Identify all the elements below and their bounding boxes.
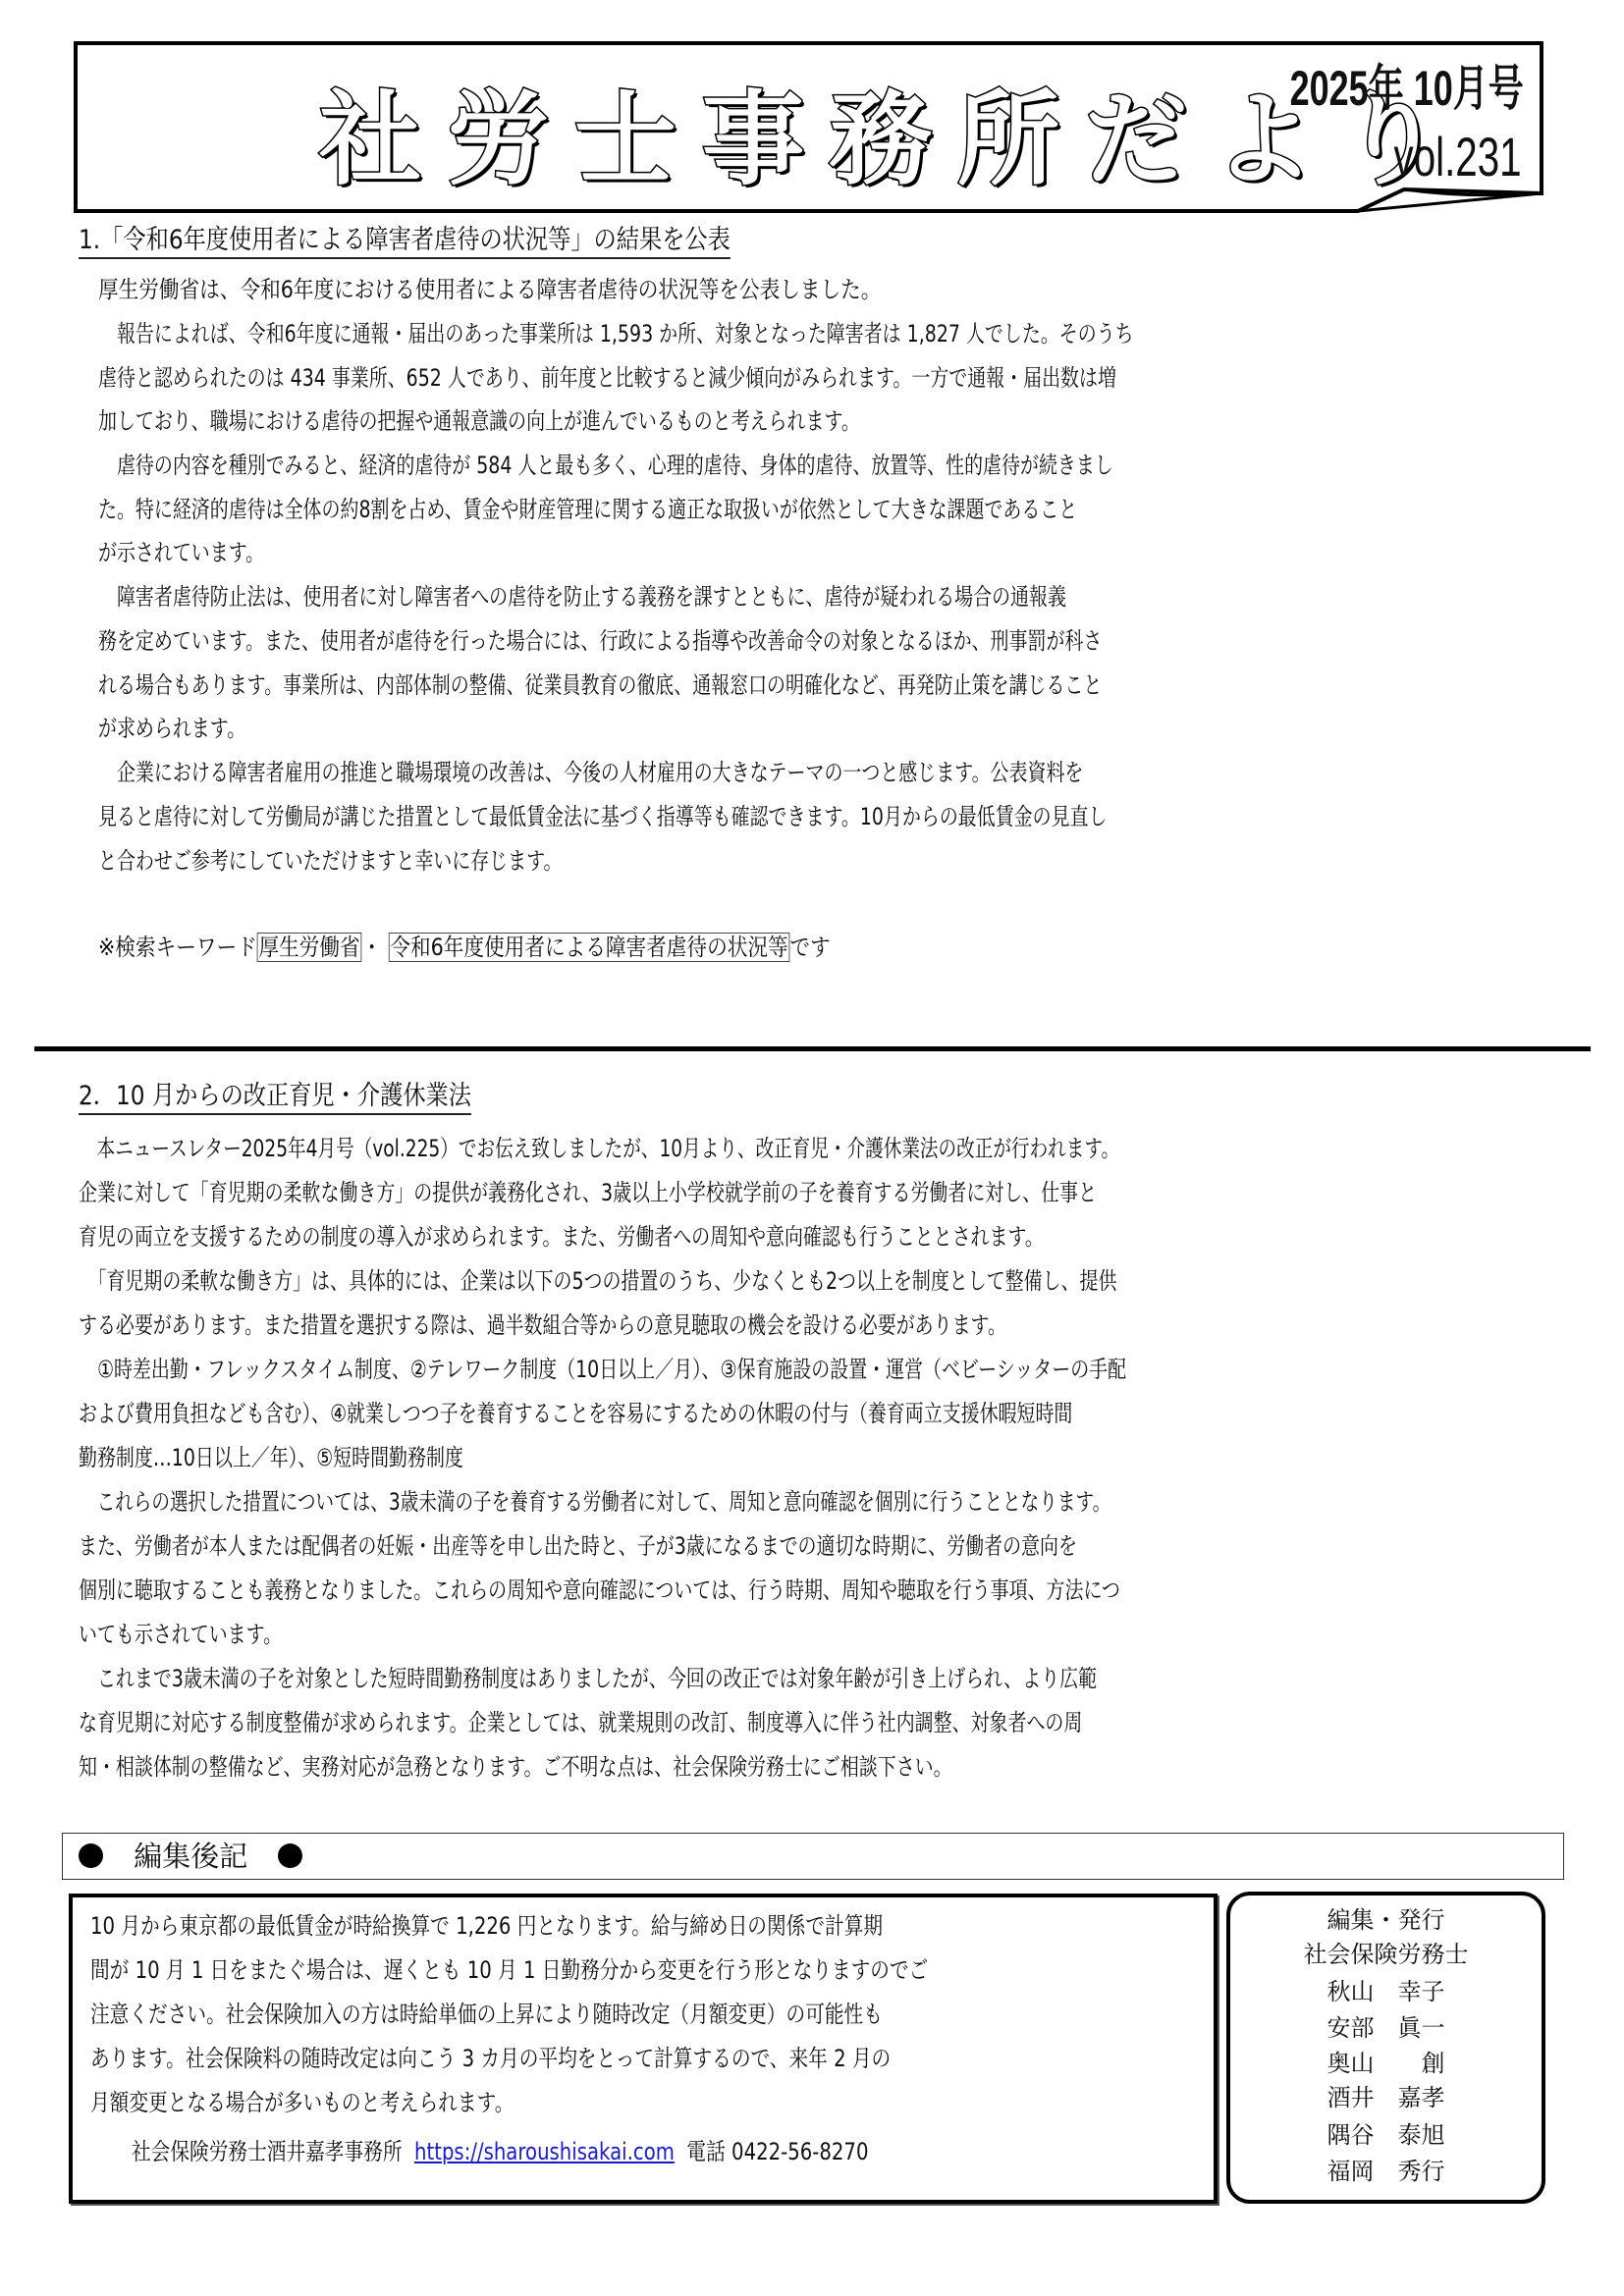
- section1-line: れる場合もあります。事業所は、内部体制の整備、従業員教育の徹底、通報窓口の明確化…: [98, 670, 1102, 700]
- postscript-title: 編集後記: [134, 1840, 247, 1873]
- postscript-line: 注意ください。社会保険加入の方は時給単価の上昇により随時改定（月額変更）の可能性…: [90, 2000, 883, 2029]
- staff-heading: 編集・発行: [1230, 1905, 1542, 1935]
- section2-line: 育児の両立を支援するための制度の導入が求められます。また、労働者への周知や意向確…: [79, 1222, 1044, 1252]
- staff-box: 編集・発行 社会保険労務士 秋山 幸子 安部 眞一 奥山 創 酒井 嘉孝 隅谷 …: [1226, 1892, 1545, 2204]
- section1-line: と合わせご参考にしていただけますと幸いに存じます。: [98, 846, 562, 876]
- section1-line: 見ると虐待に対して労働局が講じた措置として最低賃金法に基づく指導等も確認できます…: [98, 802, 1107, 831]
- office-contact: 社会保険労務士酒井嘉孝事務所 https://sharoushisakai.co…: [132, 2137, 868, 2166]
- office-name: 社会保険労務士酒井嘉孝事務所: [132, 2138, 403, 2165]
- section2-line: 「育児期の柔軟な働き方」は、具体的には、企業は以下の5つの措置のうち、少なくとも…: [79, 1266, 1116, 1296]
- section1-line: 企業における障害者雇用の推進と職場環境の改善は、今後の人材雇用の大きなテーマの一…: [98, 758, 1083, 787]
- postscript-line: 間が 10 月 1 日をまたぐ場合は、遅くとも 10 月 1 日勤務分から変更を…: [90, 1955, 928, 1985]
- section1-line: た。特に経済的虐待は全体の約8割を占め、賃金や財産管理に関する適正な取扱いが依然…: [98, 495, 1077, 524]
- section1-line: 報告によれば、令和6年度に通報・届出のあった事業所は 1,593 か所、対象とな…: [98, 319, 1134, 348]
- section1-line: 虐待と認められたのは 434 事業所、652 人であり、前年度と比較すると減少傾…: [98, 363, 1116, 393]
- masthead: 社労士事務所だより 2025年 10月号 vol.231: [74, 41, 1542, 211]
- section2-line: な育児期に対応する制度整備が求められます。企業としては、就業規則の改訂、制度導入…: [79, 1708, 1082, 1737]
- phone-number: 0422-56-8270: [731, 2138, 868, 2165]
- keywords-prefix: ※検索キーワード: [98, 934, 257, 961]
- search-keywords: ※検索キーワード厚生労働省・ 令和6年度使用者による障害者虐待の状況等です: [98, 933, 831, 962]
- postscript-note-box: 10 月から東京都の最低賃金が時給換算で 1,226 円となります。給与締め日の…: [69, 1894, 1218, 2204]
- staff-member: 酒井 嘉孝: [1230, 2083, 1542, 2112]
- section1-line: 障害者虐待防止法は、使用者に対し障害者への虐待を防止する義務を課すとともに、虐待…: [98, 582, 1066, 612]
- section1-line: 加しており、職場における虐待の把握や通報意識の向上が進んでいるものと考えられます…: [98, 406, 860, 436]
- section2-line: 個別に聴取することも義務となりました。これらの周知や意向確認については、行う時期…: [79, 1575, 1120, 1605]
- staff-member: 隅谷 泰旭: [1230, 2120, 1542, 2150]
- bullet-icon: [79, 1843, 103, 1868]
- phone-label: 電話: [686, 2138, 725, 2165]
- section2-line: ①時差出勤・フレックスタイム制度、②テレワーク制度（10日以上／月）、③保育施設…: [79, 1355, 1126, 1384]
- section1-line: が求められます。: [98, 714, 245, 743]
- section2-heading: 2．10 月からの改正育児・介護休業法: [79, 1080, 471, 1115]
- bullet-icon: [278, 1843, 302, 1868]
- postscript-line: あります。社会保険料の随時改定は向こう 3 カ月の平均をとって計算するので、来年…: [90, 2044, 891, 2073]
- section2-line: 知・相談体制の整備など、実務対応が急務となります。ご不明な点は、社会保険労務士に…: [79, 1752, 952, 1782]
- keywords-suffix: です: [789, 934, 830, 961]
- section2-line: 本ニュースレター2025年4月号（vol.225）でお伝え致しましたが、10月よ…: [79, 1134, 1119, 1163]
- section-divider: [34, 1046, 1591, 1051]
- section2-line: いても示されています。: [79, 1620, 282, 1649]
- section1-heading: 1.「令和6年度使用者による障害者虐待の状況等」の結果を公表: [79, 224, 731, 259]
- staff-member: 秋山 幸子: [1230, 1977, 1542, 2006]
- staff-title: 社会保険労務士: [1230, 1940, 1542, 1969]
- section2-line: これらの選択した措置については、3歳未満の子を養育する労働者に対して、周知と意向…: [79, 1487, 1110, 1517]
- keyword-box-report: 令和6年度使用者による障害者虐待の状況等: [389, 933, 790, 962]
- section2-line: 勤務制度…10日以上／年）、⑤短時間勤務制度: [79, 1443, 463, 1472]
- website-link[interactable]: https://sharoushisakai.com: [414, 2138, 675, 2165]
- section2-line: および費用負担なども含む）、④就業しつつ子を養育することを容易にするための休暇の…: [79, 1399, 1072, 1428]
- section2-line: これまで3歳未満の子を対象とした短時間勤務制度はありましたが、今回の改正では対象…: [79, 1664, 1097, 1693]
- keyword-box-mhlw: 厚生労働省: [257, 933, 362, 962]
- postscript-line: 月額変更となる場合が多いものと考えられます。: [90, 2088, 514, 2117]
- keywords-separator: ・: [361, 934, 388, 961]
- section2-line: 企業に対して「育児期の柔軟な働き方」の提供が義務化され、3歳以上小学校就学前の子…: [79, 1178, 1097, 1207]
- section1-line: 厚生労働省は、令和6年度における使用者による障害者虐待の状況等を公表しました。: [98, 275, 881, 304]
- section1-line: 務を定めています。また、使用者が虐待を行った場合には、行政による指導や改善命令の…: [98, 626, 1102, 656]
- issue-volume: vol.231: [1394, 128, 1522, 187]
- issue-date: 2025年 10月号: [1290, 59, 1524, 118]
- staff-member: 安部 眞一: [1230, 2013, 1542, 2043]
- section2-line: また、労働者が本人または配偶者の妊娠・出産等を申し出た時と、子が3歳になるまでの…: [79, 1531, 1077, 1561]
- staff-member: 奥山 創: [1230, 2049, 1542, 2078]
- section1-line: 虐待の内容を種別でみると、経済的虐待が 584 人と最も多く、心理的虐待、身体的…: [98, 451, 1113, 480]
- postscript-line: 10 月から東京都の最低賃金が時給換算で 1,226 円となります。給与締め日の…: [90, 1911, 883, 1941]
- section2-line: する必要があります。また措置を選択する際は、過半数組合等からの意見聴取の機会を設…: [79, 1310, 1006, 1340]
- section1-line: が示されています。: [98, 538, 264, 567]
- postscript-header: 編集後記: [62, 1833, 1564, 1880]
- staff-member: 福岡 秀行: [1230, 2157, 1542, 2186]
